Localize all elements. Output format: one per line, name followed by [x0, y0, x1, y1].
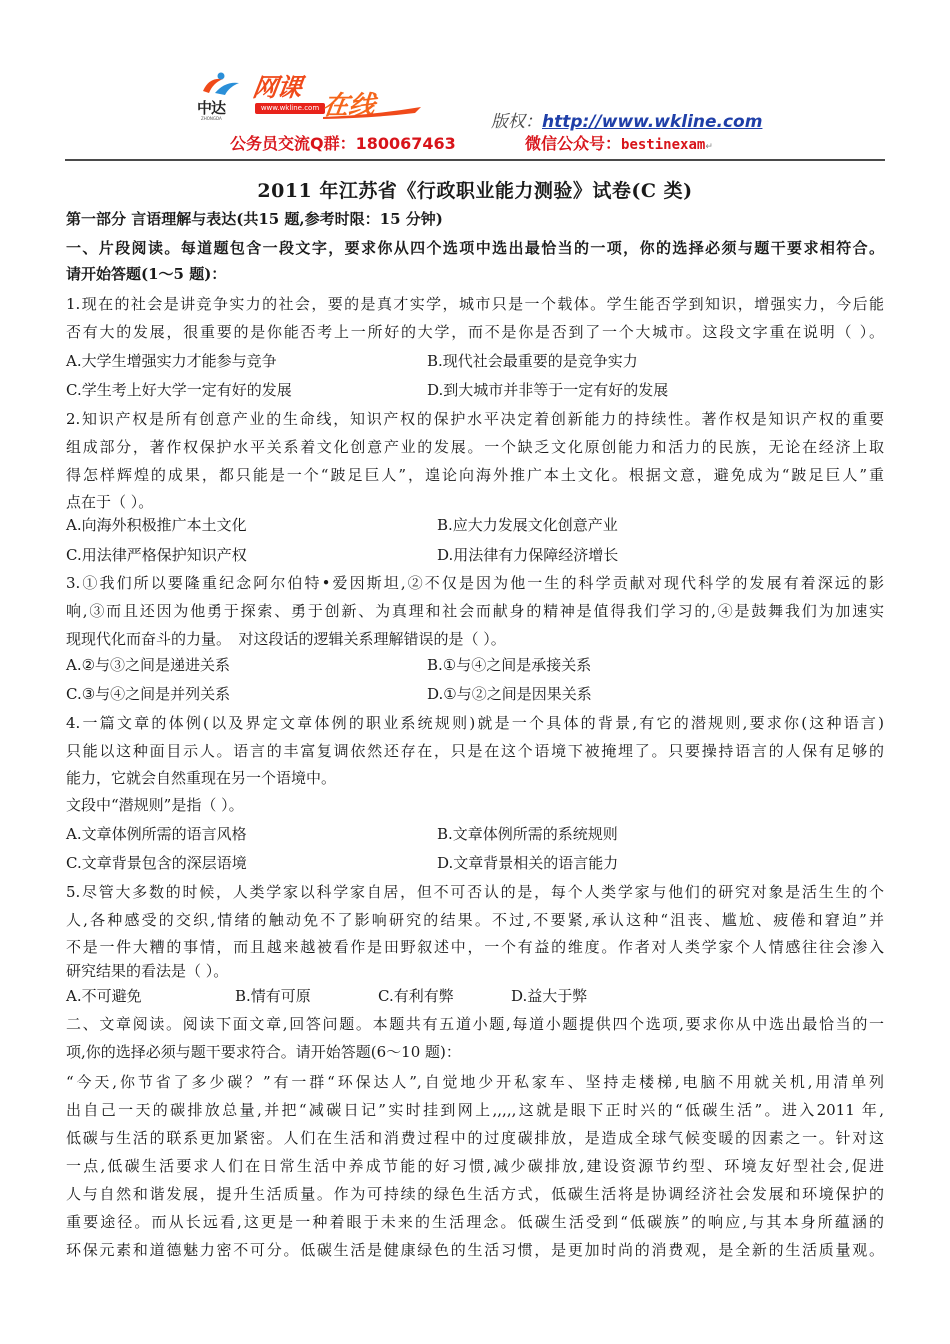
question-5-option-d: D.益大于弊 — [511, 987, 587, 1005]
zhongda-brand-subtext: ZHONGDA — [201, 116, 222, 121]
question-1-option-a: A.大学生增强实力才能参与竞争 — [66, 352, 277, 370]
zhongda-logo-mark-icon — [199, 71, 243, 97]
wkline-logo: 中达 ZHONGDA 网课 www.wkline.com 在线 — [195, 65, 425, 125]
question-5-stem-line-1: 5.尽管大多数的时候，人类学家以科学家自居，但不可否认的是，每个人类学家与他们的… — [66, 883, 884, 901]
question-1-stem-line-2: 否有大的发展，很重要的是你能否考上一所好的大学，而不是你是否到了一个大城市。这段… — [66, 323, 884, 341]
passage-line-1: “今天,你节省了多少碳？”有一群“环保达人”,自觉地少开私家车、坚持走楼梯,电脑… — [66, 1073, 884, 1091]
logo-url-pill: www.wkline.com — [255, 103, 325, 114]
question-4-option-a: A.文章体例所需的语言风格 — [66, 825, 247, 843]
question-5-stem-line-4: 研究结果的看法是（ ）。 — [66, 962, 228, 980]
return-mark-icon: ↵ — [705, 142, 713, 152]
question-5-option-c: C.有利有弊 — [378, 987, 454, 1005]
copyright-line: 版权：http://www.wkline.com — [491, 107, 762, 132]
document-page: 中达 ZHONGDA 网课 www.wkline.com 在线 版权：http:… — [0, 0, 950, 1344]
section2-instructions-line-2: 项,你的选择必须与题干要求符合。请开始答题(6～10 题)： — [66, 1043, 461, 1061]
question-2-stem-line-1: 2.知识产权是所有创意产业的生命线，知识产权的保护水平决定着创新能力的持续性。著… — [66, 410, 884, 428]
question-2-stem-line-2: 组成部分，著作权保护水平关系着文化创意产业的发展。一个缺乏文化原创能力和活力的民… — [66, 438, 884, 456]
question-5-stem-line-3: 不是一件大糟的事情，而且越来越被看作是田野叙述中，一个有益的维度。作者对人类学家… — [66, 938, 884, 956]
question-4-option-c: C.文章背景包含的深层语境 — [66, 854, 247, 872]
part-heading: 第一部分 言语理解与表达(共15 题,参考时限：15 分钟) — [66, 210, 443, 228]
zhongda-brand-text: 中达 — [197, 97, 225, 118]
wechat-line: 微信公众号：bestinexam↵ — [525, 131, 713, 154]
question-5-stem-line-2: 人,各种感受的交织,情绪的触动免不了影响研究的结果。不过,不要紧,承认这种“沮丧… — [66, 911, 884, 929]
question-1-option-d: D.到大城市并非等于一定有好的发展 — [427, 381, 668, 399]
passage-line-7: 环保元素和道德魅力密不可分。低碳生活是健康绿色的生活习惯，是更加时尚的消费观，是… — [66, 1241, 884, 1259]
wechat-id: bestinexam — [621, 137, 705, 153]
question-4-stem-line-3: 能力，它就会自然重现在另一个语境中。 — [66, 769, 336, 787]
logo-swoosh-icon — [323, 105, 423, 119]
qq-group-text: 公务员交流Q群：180067463 — [230, 131, 456, 154]
copyright-label: 版权： — [491, 112, 542, 132]
logo-product-text-1: 网课 — [250, 68, 303, 104]
question-3-option-a: A.②与③之间是递进关系 — [66, 656, 230, 674]
document-title: 2011 年江苏省《行政职业能力测验》试卷(C 类) — [0, 176, 950, 203]
passage-line-5: 人与自然和谐发展，提升生活质量。作为可持续的绿色生活方式，低碳生活将是协调经济社… — [66, 1185, 884, 1203]
question-2-option-b: B.应大力发展文化创意产业 — [437, 516, 618, 534]
question-4-stem-line-4: 文段中“潜规则”是指（ ）。 — [66, 796, 244, 814]
question-2-stem-line-4: 点在于（ ）。 — [66, 493, 153, 511]
passage-line-6: 重要途径。而从长远看,这更是一种着眼于未来的生活理念。低碳生活受到“低碳族”的响… — [66, 1213, 884, 1231]
question-3-stem-line-1: 3.①我们所以要隆重纪念阿尔伯特•爱因斯坦,②不仅是因为他一生的科学贡献对现代科… — [66, 574, 884, 592]
passage-line-3: 低碳与生活的联系更加紧密。人们在生活和消费过程中的过度碳排放，是造成全球气候变暖… — [66, 1129, 884, 1147]
question-5-option-a: A.不可避免 — [66, 987, 142, 1005]
question-3-stem-line-3: 现现代化而奋斗的力量。 对这段话的逻辑关系理解错误的是（ ）。 — [66, 630, 506, 648]
question-1-stem-line-1: 1.现在的社会是讲竞争实力的社会，要的是真才实学，城市只是一个载体。学生能否学到… — [66, 295, 884, 313]
passage-line-2: 出自己一天的碳排放总量,并把“减碳日记”实时挂到网上,,,,,这就是眼下正时兴的… — [66, 1101, 884, 1119]
section1-instructions-line-2: 请开始答题(1～5 题)： — [66, 265, 226, 283]
question-4-stem-line-1: 4.一篇文章的体例(以及界定文章体例的职业系统规则)就是一个具体的背景,有它的潜… — [66, 714, 884, 732]
question-2-option-a: A.向海外积极推广本土文化 — [66, 516, 247, 534]
header-banner: 中达 ZHONGDA 网课 www.wkline.com 在线 版权：http:… — [195, 65, 795, 155]
section2-instructions-line-1: 二、文章阅读。阅读下面文章,回答问题。本题共有五道小题,每道小题提供四个选项,要… — [66, 1015, 884, 1033]
question-5-option-b: B.情有可原 — [235, 987, 311, 1005]
section1-instructions-line-1: 一、片段阅读。每道题包含一段文字，要求你从四个选项中选出最恰当的一项，你的选择必… — [66, 239, 884, 257]
passage-line-4: 一点,低碳生活要求人们在日常生活中养成节能的好习惯,减少碳排放,建设资源节约型、… — [66, 1157, 884, 1175]
question-1-option-c: C.学生考上好大学一定有好的发展 — [66, 381, 292, 399]
question-3-option-d: D.①与②之间是因果关系 — [427, 685, 592, 703]
question-2-stem-line-3: 得怎样辉煌的成果，都只能是一个“跛足巨人”，遑论向海外推广本土文化。根据文意，避… — [66, 466, 884, 484]
question-4-stem-line-2: 只能以这种面目示人。语言的丰富复调依然还存在，只是在这个语境下被掩埋了。只要操持… — [66, 742, 884, 760]
wechat-label: 微信公众号： — [525, 134, 621, 153]
website-link[interactable]: http://www.wkline.com — [542, 112, 762, 132]
header-divider — [65, 159, 885, 161]
question-3-option-b: B.①与④之间是承接关系 — [427, 656, 591, 674]
question-4-option-d: D.文章背景相关的语言能力 — [437, 854, 618, 872]
question-4-option-b: B.文章体例所需的系统规则 — [437, 825, 618, 843]
question-1-option-b: B.现代社会最重要的是竞争实力 — [427, 352, 638, 370]
question-3-option-c: C.③与④之间是并列关系 — [66, 685, 230, 703]
question-3-stem-line-2: 响,③而且还因为他勇于探索、勇于创新、为真理和社会而献身的精神是值得我们学习的,… — [66, 602, 884, 620]
question-2-option-c: C.用法律严格保护知识产权 — [66, 546, 247, 564]
question-2-option-d: D.用法律有力保障经济增长 — [437, 546, 618, 564]
